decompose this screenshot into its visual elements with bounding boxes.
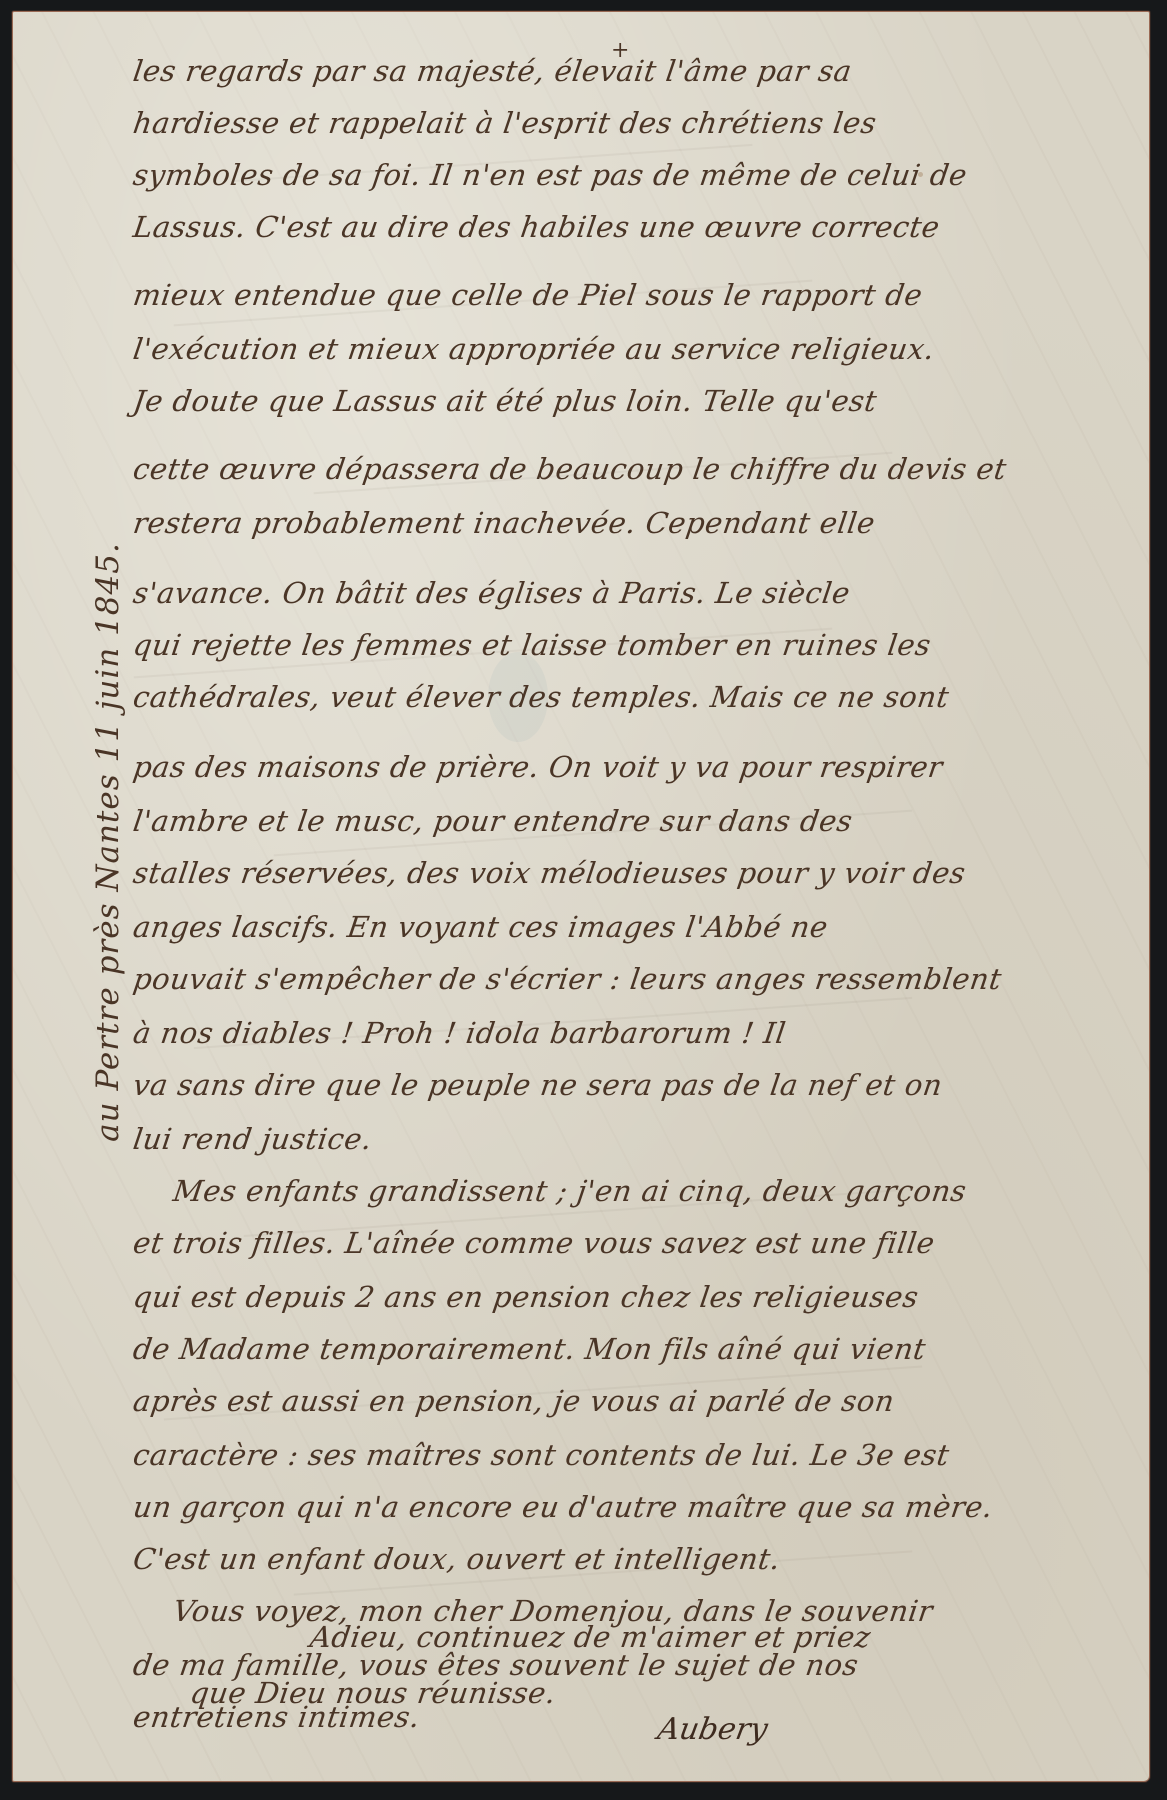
margin-date-note: au Pertre près Nantes 11 juin 1845. [90, 542, 126, 1142]
letter-line: restera probablement inachevée. Cependan… [131, 506, 877, 540]
letter-line: s'avance. On bâtit des églises à Paris. … [131, 576, 852, 610]
letter-line: et trois filles. L'aînée comme vous save… [131, 1226, 937, 1260]
letter-line: symboles de sa foi. Il n'en est pas de m… [131, 158, 969, 192]
letter-line: Je doute que Lassus ait été plus loin. T… [131, 384, 879, 418]
letter-line: anges lascifs. En voyant ces images l'Ab… [131, 910, 830, 944]
letter-line: qui est depuis 2 ans en pension chez les… [131, 1280, 921, 1314]
letter-line: Lassus. C'est au dire des habiles une œu… [131, 210, 942, 244]
letter-line: stalles réservées, des voix mélodieuses … [131, 856, 968, 890]
closing-line: Adieu, continuez de m'aimer et priez [308, 1620, 873, 1654]
letter-line: les regards par sa majesté, élevait l'âm… [131, 54, 854, 88]
signature: Aubery [655, 1712, 770, 1747]
letter-line: C'est un enfant doux, ouvert et intellig… [131, 1542, 783, 1576]
letter-line: hardiesse et rappelait à l'esprit des ch… [131, 106, 879, 140]
letter-line: l'exécution et mieux appropriée au servi… [131, 332, 937, 366]
letter-line: cette œuvre dépassera de beaucoup le chi… [131, 452, 1009, 486]
letter-line: va sans dire que le peuple ne sera pas d… [131, 1068, 945, 1102]
letter-line: de Madame temporairement. Mon fils aîné … [131, 1332, 928, 1366]
letter-page: + les regards par sa majesté, élevait l'… [12, 11, 1150, 1782]
letter-line: pas des maisons de prière. On voit y va … [131, 750, 945, 784]
letter-line: Mes enfants grandissent ; j'en ai cinq, … [171, 1174, 969, 1208]
letter-line: lui rend justice. [131, 1122, 374, 1156]
letter-line: un garçon qui n'a encore eu d'autre maît… [131, 1490, 995, 1524]
letter-line: cathédrales, veut élever des temples. Ma… [131, 680, 951, 714]
letter-line: qui rejette les femmes et laisse tomber … [131, 628, 933, 662]
letter-line: à nos diables ! Proh ! idola barbarorum … [131, 1016, 788, 1050]
letter-line: caractère : ses maîtres sont contents de… [131, 1438, 952, 1472]
closing-line: que Dieu nous réunisse. [188, 1676, 558, 1710]
letter-line: mieux entendue que celle de Piel sous le… [131, 278, 925, 312]
letter-line: l'ambre et le musc, pour entendre sur da… [131, 804, 855, 838]
scan-background: + les regards par sa majesté, élevait l'… [0, 0, 1167, 1800]
letter-line: après est aussi en pension, je vous ai p… [131, 1384, 897, 1418]
letter-line: pouvait s'empêcher de s'écrier : leurs a… [131, 962, 1004, 996]
